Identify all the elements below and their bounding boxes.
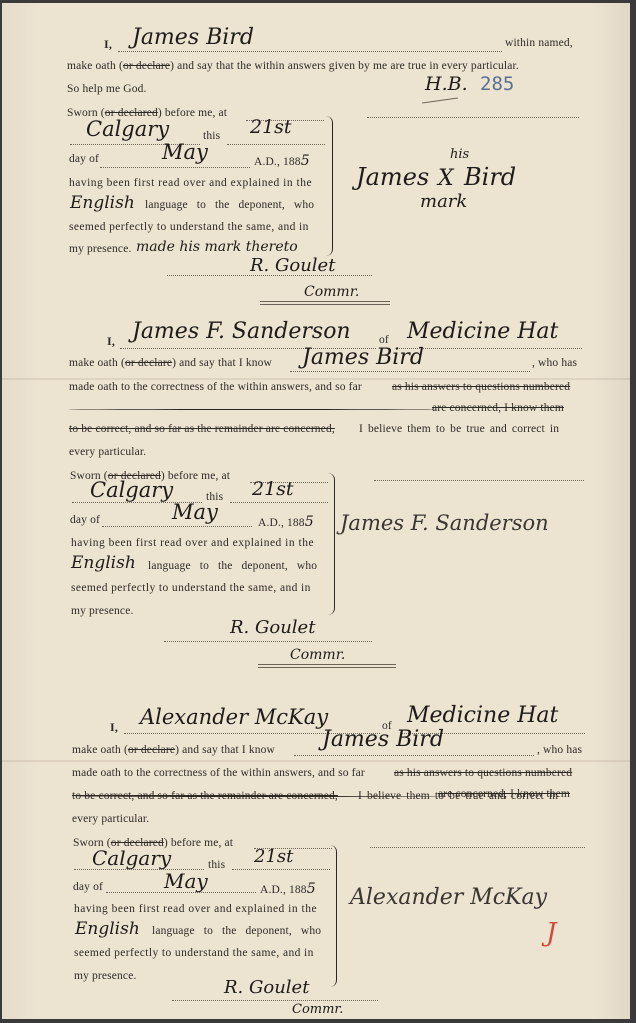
struck-text: to be correct, and so far as the remaind… <box>69 423 335 435</box>
day-of-text: day of <box>73 881 103 893</box>
brace <box>330 845 337 987</box>
ad-year: A.D., 1885 <box>254 153 310 169</box>
day-fill-line <box>232 869 330 870</box>
believe-text: I believe them to be true and correct in <box>358 790 558 802</box>
day-handwritten: 21st <box>254 846 293 867</box>
day-fill-line <box>227 144 325 145</box>
day-fill-line <box>230 502 328 503</box>
stamp-initials: H.B. <box>425 73 468 95</box>
who-has-text: , who has <box>532 357 577 369</box>
month-handwritten: May <box>162 140 208 164</box>
known-name-line <box>290 371 530 372</box>
month-fill-line <box>102 526 252 527</box>
struck-text: to be correct, and so far as the remaind… <box>72 790 338 802</box>
presence-text: my presence. <box>74 970 136 982</box>
struck-text: or declare <box>123 60 170 72</box>
read-over-text: having been first read over and explaine… <box>74 903 317 915</box>
believe-text: I believe them to be true and correct in <box>359 423 559 435</box>
document-page: I, James Bird within named, make oath (o… <box>2 3 630 1019</box>
read-over-text: having been first read over and explaine… <box>69 177 312 189</box>
known-name-handwritten: James Bird <box>302 345 424 370</box>
section-divider <box>258 664 396 668</box>
language-handwritten: English <box>71 553 136 573</box>
residence-handwritten: Medicine Hat <box>407 319 558 344</box>
within-named-text: within named, <box>505 37 573 49</box>
made-oath-text: made oath to the correctness of the with… <box>72 767 365 779</box>
place-handwritten: Calgary <box>92 846 171 870</box>
known-name-handwritten: James Bird <box>322 727 444 752</box>
seemed-text: seemed perfectly to understand the same,… <box>74 947 314 959</box>
commissioner-signature: R. Goulet <box>224 977 309 998</box>
mark-x: X <box>438 166 454 191</box>
residence-line <box>397 348 582 349</box>
who-has-text: , who has <box>537 744 582 756</box>
made-oath-text: made oath to the correctness of the with… <box>69 381 362 393</box>
presence-note-handwritten: made his mark thereto <box>136 239 298 255</box>
signature-top-line <box>374 480 584 481</box>
section-divider <box>260 301 390 305</box>
pronoun: I, <box>110 720 118 735</box>
language-handwritten: English <box>75 919 140 939</box>
brace <box>328 473 335 615</box>
brace <box>326 116 333 256</box>
red-check-mark: J <box>546 918 556 948</box>
initials-underline <box>422 97 458 103</box>
commissioner-title: Commr. <box>304 284 359 300</box>
day-of-text: day of <box>70 514 100 526</box>
oath-line: make oath (or declare) and say that the … <box>67 60 519 72</box>
ad-year: A.D., 1885 <box>258 514 314 530</box>
presence-text: my presence. <box>69 243 131 255</box>
every-particular-text: every particular. <box>69 446 146 458</box>
name-line <box>118 51 502 52</box>
commissioner-line <box>164 641 372 642</box>
month-handwritten: May <box>164 869 208 893</box>
every-particular-text: every particular. <box>72 813 149 825</box>
language-text: language to the deponent, who <box>145 199 314 211</box>
commissioner-signature: R. Goulet <box>250 255 335 276</box>
pronoun: I, <box>104 37 112 52</box>
ad-year: A.D., 1885 <box>260 881 316 897</box>
presence-text: my presence. <box>71 605 133 617</box>
day-handwritten: 21st <box>250 116 292 138</box>
known-name-line <box>294 755 534 756</box>
stamp-number: 285 <box>480 73 514 95</box>
month-handwritten: May <box>172 500 218 524</box>
so-help-text: So help me God. <box>67 83 147 95</box>
struck-text: as his answers to questions numbered <box>394 767 572 779</box>
struck-text: as his answers to questions numbered <box>392 381 570 393</box>
commissioner-title: Commr. <box>292 1002 343 1017</box>
month-fill-line <box>100 167 250 168</box>
fold-line <box>2 378 630 380</box>
this-text: this <box>208 859 225 871</box>
know-line: make oath (or declare) and say that I kn… <box>72 744 275 756</box>
witness-signature: James F. Sanderson <box>340 511 549 535</box>
commissioner-signature: R. Goulet <box>230 617 315 638</box>
commissioner-title: Commr. <box>290 647 345 663</box>
deponent-name-handwritten: James Bird <box>132 25 254 50</box>
witness-name-handwritten: James F. Sanderson <box>132 319 351 344</box>
witness-signature: Alexander McKay <box>350 885 547 910</box>
residence-handwritten: Medicine Hat <box>407 703 558 728</box>
place-handwritten: Calgary <box>86 117 169 141</box>
language-text: language to the deponent, who <box>148 560 317 572</box>
seemed-text: seemed perfectly to understand the same,… <box>69 221 309 233</box>
pronoun: I, <box>107 334 115 349</box>
seemed-text: seemed perfectly to understand the same,… <box>71 582 311 594</box>
place-handwritten: Calgary <box>90 478 173 502</box>
witness-name-handwritten: Alexander McKay <box>140 705 328 729</box>
commissioner-line <box>172 1000 378 1001</box>
fold-line <box>2 760 630 762</box>
signature-top-line <box>367 117 579 118</box>
strikeout-line <box>68 409 438 410</box>
day-of-text: day of <box>69 153 99 165</box>
language-text: language to the deponent, who <box>152 925 321 937</box>
day-handwritten: 21st <box>252 478 294 500</box>
know-line: make oath (or declare) and say that I kn… <box>69 357 272 369</box>
signature-top-line <box>370 847 585 848</box>
struck-text: are concerned, I know them <box>432 402 564 414</box>
read-over-text: having been first read over and explaine… <box>71 537 314 549</box>
language-handwritten: English <box>70 193 135 213</box>
